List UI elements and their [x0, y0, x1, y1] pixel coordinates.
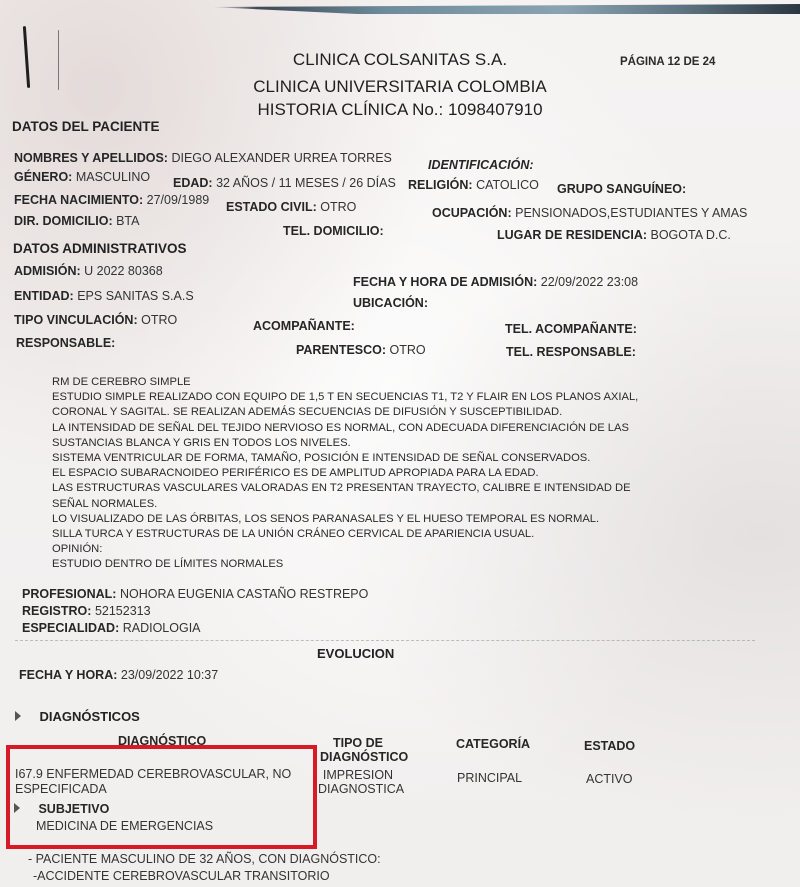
report-line: ESTUDIO DENTRO DE LÍMITES NORMALES: [52, 557, 652, 572]
registry-value: 52152313: [95, 604, 151, 618]
age-value: 32 AÑOS / 11 MESES / 26 DÍAS: [216, 176, 396, 190]
expand-arrow-icon: [15, 711, 21, 721]
birthdate-row: FECHA NACIMIENTO: 27/09/1989: [14, 193, 209, 207]
residence-row: LUGAR DE RESIDENCIA: BOGOTA D.C.: [497, 228, 731, 242]
patient-name-row: NOMBRES Y APELLIDOS: DIEGO ALEXANDER URR…: [14, 151, 392, 165]
occupation-row: OCUPACIÓN: PENSIONADOS,ESTUDIANTES Y AMA…: [432, 206, 747, 220]
column-header-type: TIPO DE DIAGNÓSTICO: [320, 736, 396, 764]
diagnostics-header: DIAGNÓSTICOS: [15, 708, 140, 726]
responsible-phone-label: TEL. RESPONSABLE:: [506, 345, 636, 359]
label: FECHA NACIMIENTO:: [14, 193, 143, 207]
address-value: BTA: [116, 214, 139, 228]
label: DIR. DOMICILIO:: [14, 214, 113, 228]
radiology-report: RM DE CEREBRO SIMPLE ESTUDIO SIMPLE REAL…: [52, 375, 652, 573]
occupation-value: PENSIONADOS,ESTUDIANTES Y AMAS: [515, 206, 747, 220]
paper-edge-shadow: [210, 4, 800, 14]
label: LUGAR DE RESIDENCIA:: [497, 228, 647, 242]
report-line: SILLA TURCA Y ESTRUCTURAS DE LA UNIÓN CR…: [52, 527, 652, 542]
label: REGISTRO:: [22, 604, 91, 618]
religion-row: RELIGIÓN: CATOLICO: [408, 178, 539, 192]
home-phone-label: TEL. DOMICILIO:: [283, 224, 384, 238]
entity-row: ENTIDAD: EPS SANITAS S.A.S: [14, 289, 194, 303]
admission-value: U 2022 80368: [84, 264, 163, 278]
admission-row: ADMISIÓN: U 2022 80368: [14, 264, 163, 278]
admission-datetime-value: 22/09/2022 23:08: [541, 275, 638, 289]
address-row: DIR. DOMICILIO: BTA: [14, 214, 139, 228]
specialty-row: ESPECIALIDAD: RADIOLOGIA: [22, 621, 201, 635]
admission-datetime-row: FECHA Y HORA DE ADMISIÓN: 22/09/2022 23:…: [353, 275, 638, 289]
label: PROFESIONAL:: [22, 587, 116, 601]
diagnosis-category: PRINCIPAL: [457, 771, 522, 785]
religion-value: CATOLICO: [476, 178, 539, 192]
kinship-row: PARENTESCO: OTRO: [296, 343, 426, 357]
registry-row: REGISTRO: 52152313: [22, 604, 151, 618]
professional-row: PROFESIONAL: NOHORA EUGENIA CASTAÑO REST…: [22, 587, 368, 601]
companion-label: ACOMPAÑANTE:: [253, 319, 355, 333]
label: NOMBRES Y APELLIDOS:: [14, 151, 168, 165]
patient-name: DIEGO ALEXANDER URREA TORRES: [171, 151, 391, 165]
label: FECHA Y HORA:: [19, 668, 117, 682]
label: OCUPACIÓN:: [432, 206, 512, 220]
report-line: EL ESPACIO SUBARACNOIDEO PERIFÉRICO ES D…: [52, 466, 652, 481]
age-row: EDAD: 32 AÑOS / 11 MESES / 26 DÍAS: [173, 176, 396, 190]
label: FECHA Y HORA DE ADMISIÓN:: [353, 275, 537, 289]
clinic-subtitle: CLINICA UNIVERSITARIA COLOMBIA: [0, 77, 800, 97]
report-line: ESTUDIO SIMPLE REALIZADO CON EQUIPO DE 1…: [52, 390, 652, 420]
subjective-note: -ACCIDENTE CEREBROVASCULAR TRANSITORIO: [33, 869, 330, 883]
label: GÉNERO:: [14, 170, 72, 184]
label: ESTADO CIVIL:: [226, 200, 317, 214]
report-line: OPINIÓN:: [52, 542, 652, 557]
column-header-status: ESTADO: [584, 739, 635, 753]
diagnosis-type: IMPRESION DIAGNOSTICA: [318, 768, 398, 796]
report-line: LA INTENSIDAD DE SEÑAL DEL TEJIDO NERVIO…: [52, 421, 652, 451]
gender-value: MASCULINO: [76, 170, 150, 184]
column-header-type-line: DIAGNÓSTICO: [320, 750, 396, 764]
page-indicator: PÁGINA 12 DE 24: [620, 56, 715, 68]
section-title-evolution: EVOLUCION: [317, 646, 394, 661]
specialty-value: RADIOLOGIA: [123, 621, 201, 635]
diagnosis-status: ACTIVO: [586, 772, 633, 786]
label: PARENTESCO:: [296, 343, 386, 357]
responsible-label: RESPONSABLE:: [16, 336, 115, 350]
report-line: LO VISUALIZADO DE LAS ÓRBITAS, LOS SENOS…: [52, 512, 652, 527]
diagnosis-type-line: DIAGNOSTICA: [318, 782, 398, 796]
link-type-value: OTRO: [141, 313, 177, 327]
birthdate-value: 27/09/1989: [147, 193, 210, 207]
identification-label: IDENTIFICACIÓN:: [428, 158, 534, 172]
record-title: HISTORIA CLÍNICA No.: 1098407910: [0, 100, 800, 120]
blood-group-label: GRUPO SANGUÍNEO:: [557, 182, 686, 196]
label: ESPECIALIDAD:: [22, 621, 119, 635]
section-title-patient: DATOS DEL PACIENTE: [12, 119, 160, 134]
section-title-diagnostics: DIAGNÓSTICOS: [39, 709, 139, 724]
column-header-category: CATEGORÍA: [456, 737, 530, 751]
label: ADMISIÓN:: [14, 264, 81, 278]
professional-name: NOHORA EUGENIA CASTAÑO RESTREPO: [120, 587, 368, 601]
civil-status-row: ESTADO CIVIL: OTRO: [226, 200, 356, 214]
entity-value: EPS SANITAS S.A.S: [77, 289, 193, 303]
location-label: UBICACIÓN:: [353, 296, 428, 310]
column-header-type-line: TIPO DE: [320, 736, 396, 750]
highlight-box: [6, 745, 317, 849]
report-line: LAS ESTRUCTURAS VASCULARES VALORADAS EN …: [52, 481, 652, 511]
civil-status-value: OTRO: [320, 200, 356, 214]
gender-row: GÉNERO: MASCULINO: [14, 170, 150, 184]
report-line: RM DE CEREBRO SIMPLE: [52, 375, 652, 390]
subjective-note: - PACIENTE MASCULINO DE 32 AÑOS, CON DIA…: [28, 852, 381, 866]
section-title-admin: DATOS ADMINISTRATIVOS: [13, 241, 187, 256]
kinship-value: OTRO: [390, 343, 426, 357]
diagnosis-type-line: IMPRESION: [318, 768, 398, 782]
label: RELIGIÓN:: [408, 178, 473, 192]
evolution-datetime-row: FECHA Y HORA: 23/09/2022 10:37: [19, 668, 218, 682]
residence-value: BOGOTA D.C.: [651, 228, 731, 242]
label: ENTIDAD:: [14, 289, 74, 303]
label: EDAD:: [173, 176, 213, 190]
report-line: SISTEMA VENTRICULAR DE FORMA, TAMAÑO, PO…: [52, 451, 652, 466]
divider: [15, 640, 755, 641]
link-type-row: TIPO VINCULACIÓN: OTRO: [14, 313, 177, 327]
label: TIPO VINCULACIÓN:: [14, 313, 138, 327]
document-page: CLINICA COLSANITAS S.A. CLINICA UNIVERSI…: [0, 0, 800, 887]
companion-phone-label: TEL. ACOMPAÑANTE:: [505, 322, 637, 336]
evolution-datetime-value: 23/09/2022 10:37: [121, 668, 218, 682]
